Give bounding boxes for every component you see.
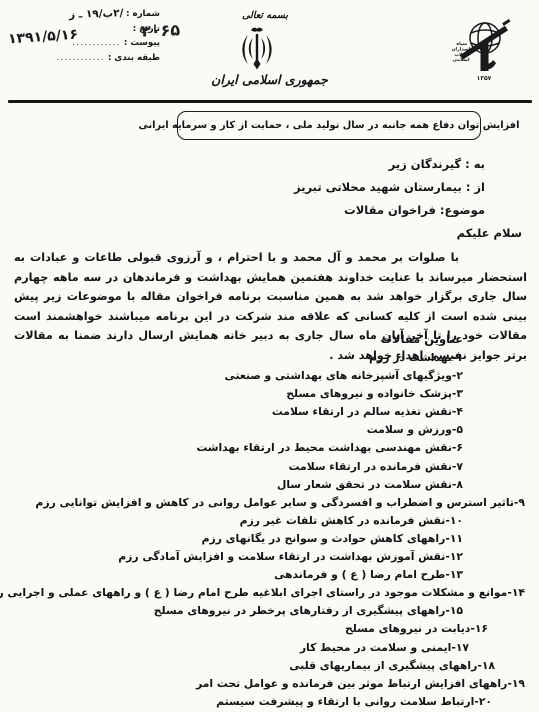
article-item: ۴-نقش تغذیه سالم در ارتقاء سلامت: [14, 403, 463, 421]
article-item: ۲۰-ارتباط سلامت روانی با ارتقاء و پیشرفت…: [14, 693, 492, 711]
iran-emblem-icon: [240, 26, 274, 72]
header-divider: [8, 100, 532, 103]
article-item: ۸-نقش سلامت در تحقق شعار سال: [14, 476, 463, 494]
year-slogan-banner: افزایش توان دفاع همه جانبه در سال تولید …: [177, 111, 481, 140]
articles-list: ۱-بهداشت در رزم ۲-ویژگیهای آشپزخانه های …: [14, 349, 527, 711]
article-item: ۱۰-نقش فرمانده در کاهش تلفات غیر رزم: [14, 512, 463, 530]
meta-classification-row: طبقه بندی : ............: [10, 51, 160, 66]
article-item: ۲-ویژگیهای آشپزخانه های بهداشتی و صنعتی: [14, 367, 463, 385]
meta-attachment-value: ............: [72, 36, 121, 51]
article-item: ۱۲-نقش آموزش بهداشت در ارتقاء سلامت و اف…: [14, 548, 463, 566]
article-item: ۱۷-ایمنی و سلامت در محیط کار: [14, 639, 469, 657]
meta-classification-label: طبقه بندی :: [108, 51, 160, 66]
articles-heading: عناوین مقالات: [14, 329, 463, 349]
letter-to-line: به : گیرندگان زیر: [14, 153, 485, 176]
article-item: ۱-بهداشت در رزم: [14, 349, 463, 367]
article-item: ۹-تاثیر استرس و اضطراب و افسردگی و سایر …: [14, 494, 525, 512]
salutation-line: سلام علیکم: [14, 222, 522, 245]
article-item: ۱۶-دیابت در نیروهای مسلح: [14, 620, 488, 638]
org-founding-year: ۱۳۵۷: [477, 75, 492, 82]
letter-from-line: از : بیمارستان شهید محلاتی تبریز: [14, 176, 485, 199]
article-item: ۳-پزشک خانواده و نیروهای مسلح: [14, 385, 463, 403]
article-item: ۷-نقش فرمانده در ارتقاء سلامت: [14, 458, 463, 476]
article-item: ۵-ورزش و سلامت: [14, 421, 463, 439]
articles-section: عناوین مقالات ۱-بهداشت در رزم ۲-ویژگیهای…: [14, 329, 527, 711]
svg-text:سپاه پاسداران انقل: سپاه پاسداران انقلاب اسلامی: [450, 42, 472, 63]
year-slogan-text: افزایش توان دفاع همه جانبه در سال تولید …: [139, 120, 520, 131]
article-item: ۱۱-راههای کاهش حوادث و سوانح در یگانهای …: [14, 530, 463, 548]
article-item: ۱۵-راههای پیشگیری از رفتارهای پرخطر در ن…: [14, 602, 463, 620]
address-block: به : گیرندگان زیر از : بیمارستان شهید مح…: [14, 153, 527, 245]
handwritten-stamp-number: ۳۰۶۵: [141, 20, 181, 40]
article-item: ۱۹-راههای افزایش ارتباط موثر بین فرمانده…: [14, 675, 525, 693]
meta-classification-value: ............: [56, 51, 105, 66]
article-item: ۱۸-راههای پیشگیری از بیماریهای قلبی: [14, 657, 495, 675]
article-item: ۱۴-موانع و مشکلات موجود در راستای اجرای …: [14, 584, 525, 602]
scanned-letter-page: شماره : /۲ب/۱۹ ـ ز تاریخ : پیوست : .....…: [0, 0, 539, 712]
article-item: ۶-نقش مهندسی بهداشت محیط در ارتقاء بهداش…: [14, 439, 463, 457]
letter-subject-line: موضوع: فراخوان مقالات: [14, 199, 485, 222]
sepah-logo-icon: سپاه پاسداران انقلاب اسلامی ۱۳۵۷: [449, 13, 513, 95]
article-item: ۱۳-طرح امام رضا ( ع ) و فرماندهی: [14, 566, 463, 584]
